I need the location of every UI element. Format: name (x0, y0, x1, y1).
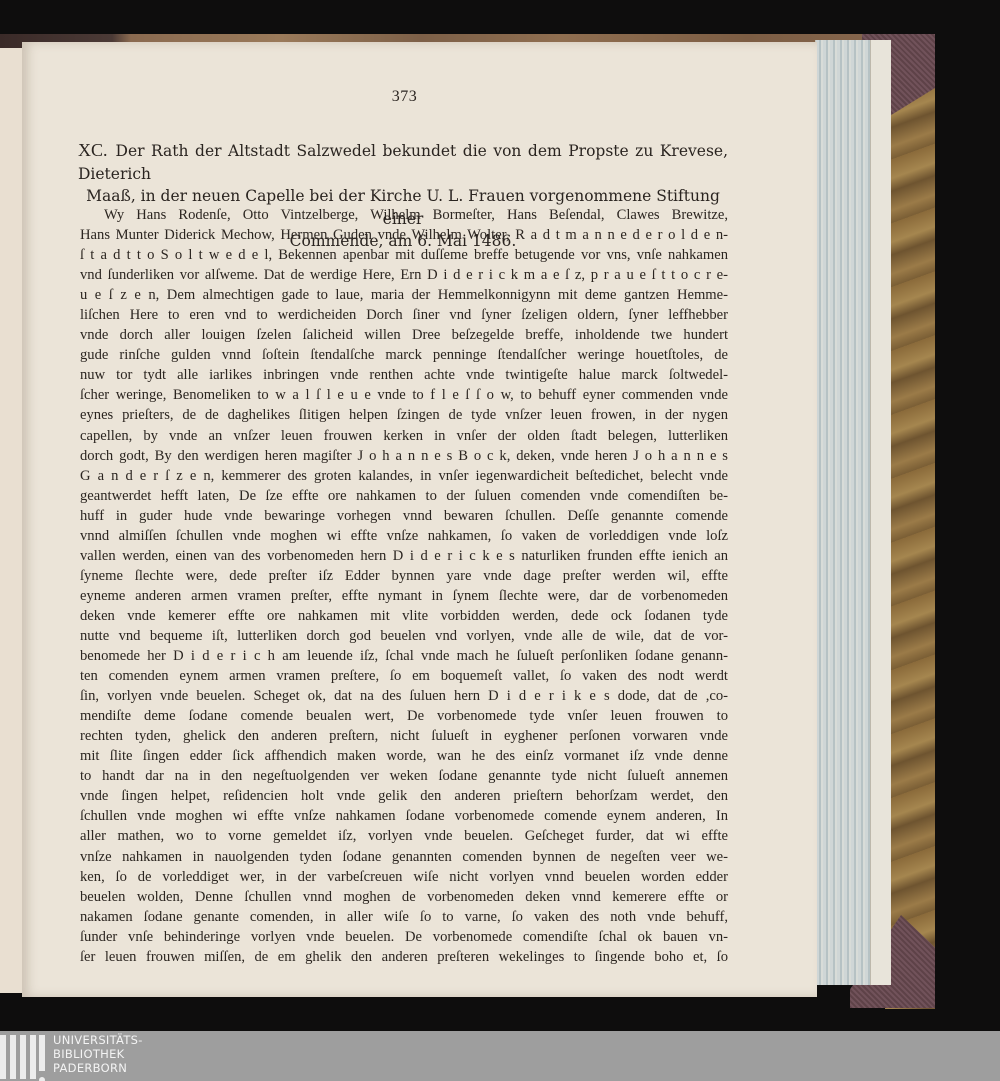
body-line: nutte vnd bequeme iſt, lutterliken dorch… (80, 626, 728, 646)
body-line: ſchullen vnde moghen wi effte vnſze nahk… (80, 806, 728, 826)
page-edge-outer (870, 40, 891, 985)
body-line: mendiſte deme ſodane comende beualen wer… (80, 706, 728, 726)
body-line: ſer leuen frouwen miſſen, de em ghelik d… (80, 947, 728, 967)
body-line: geantwerdet hefft laten, De ſze effte or… (80, 486, 728, 506)
body-line: ſunder vnſe behinderinge vorlyen vnde be… (80, 927, 728, 947)
body-line: ken, ſo de vorleddiget wer, in der varbe… (80, 867, 728, 887)
page-number: 373 (22, 88, 817, 106)
body-line: vnnd almiſſen ſchullen vnde moghen wi ef… (80, 526, 728, 546)
body-line: rechten tyden, ghelick den anderen preſt… (80, 726, 728, 746)
body-line: aller mathen, wo to vorne gemeldet iſz, … (80, 826, 728, 846)
body-line: capellen, by vnde an vnſzer leuen frouwe… (80, 426, 728, 446)
body-line: ſyneme ſlechte were, dede preſter iſz Ed… (80, 566, 728, 586)
body-line: deken vnde kemerer effte ore nahkamen mi… (80, 606, 728, 626)
body-line: mit ſlite ſingen edder ſick affhendich m… (80, 746, 728, 766)
body-line: beuelen wolden, Denne ſchullen vnnd mogh… (80, 887, 728, 907)
body-line: u e ſ z e n, Dem almechtigen gade to lau… (80, 285, 728, 305)
body-line: vallen werden, einen van des vorbenomede… (80, 546, 728, 566)
body-line: nakamen ſodane genante comenden, in alle… (80, 907, 728, 927)
body-line: eynes prieſters, de de daghelikes ſlitig… (80, 405, 728, 425)
book-cover-marbled-board (885, 34, 935, 1009)
body-line: dorch godt, By den werdigen heren magiſt… (80, 446, 728, 466)
body-line: ſcher weringe, Benomeliken to w a l ſ l … (80, 385, 728, 405)
body-line: huff in guder hude vnde bewaringe vorheg… (80, 506, 728, 526)
body-line: liſchen Here to eren vnd to werdicheiden… (80, 305, 728, 325)
body-line: gude rinſche gulden vnnd ſoſtein ſtendal… (80, 345, 728, 365)
body-line: benomede her D i d e r i c h am leuende … (80, 646, 728, 666)
body-line: nuw tor tydt alle iarlikes inbringen vnd… (80, 365, 728, 385)
body-line: G a n d e r ſ z e n, kemmerer des groten… (80, 466, 728, 486)
heading-line-1: Der Rath der Altstadt Salzwedel bekundet… (78, 142, 728, 183)
library-logo-text: UNIVERSITÄTS- BIBLIOTHEK PADERBORN (53, 1033, 143, 1075)
body-line: vnde dorch aller louigen ſzelen ſalichei… (80, 325, 728, 345)
body-line: ſ t a d t t o S o l t w e d e l, Bekenne… (80, 245, 728, 265)
body-line: ſin, vorlyen vnde beuelen. Scheget ok, d… (80, 686, 728, 706)
body-line: Hans Munter Diderick Mechow, Hermen Gude… (80, 225, 728, 245)
body-line: vnd ſunderliken vor alſweme. Dat de werd… (80, 265, 728, 285)
library-footer-bar: UNIVERSITÄTS- BIBLIOTHEK PADERBORN (0, 1031, 1000, 1081)
body-line: ten comenden eynem armen vramen preſtere… (80, 666, 728, 686)
heading-number: XC. (78, 140, 108, 160)
body-line: vnde ſingen helpet, reſidencien holt vnd… (80, 786, 728, 806)
body-line: Wy Hans Rodenſe, Otto Vintzelberge, Wilh… (80, 205, 728, 225)
body-line: eyneme anderen armen vramen preſter, eff… (80, 586, 728, 606)
body-line: vnſze nahkamen in nauolgenden tyden ſoda… (80, 847, 728, 867)
body-line: to handt dar na in den negeſtuolgenden v… (80, 766, 728, 786)
library-logo-icon (0, 1031, 50, 1081)
facing-page-left (0, 48, 24, 993)
document-page: 373 XC.Der Rath der Altstadt Salzwedel b… (22, 42, 817, 997)
document-body: Wy Hans Rodenſe, Otto Vintzelberge, Wilh… (80, 205, 728, 967)
